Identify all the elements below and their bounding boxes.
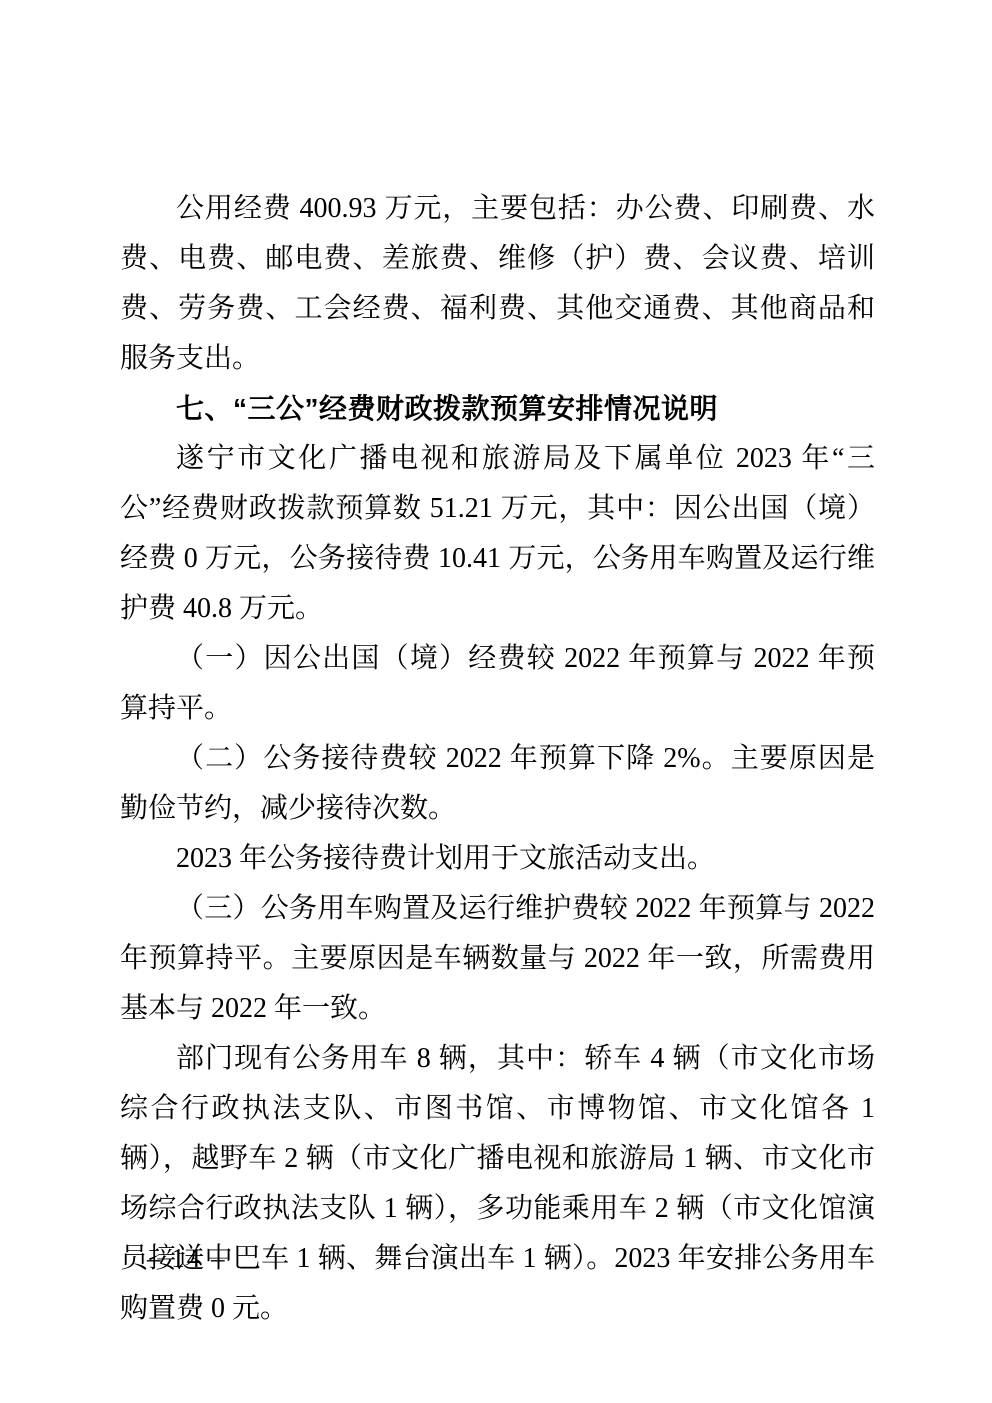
document-body: 公用经费 400.93 万元，主要包括：办公费、印刷费、水费、电费、邮电费、差旅…: [120, 184, 875, 1334]
paragraph-item-one-overseas-trips: （一）因公出国（境）经费较 2022 年预算与 2022 年预算持平。: [120, 634, 875, 734]
page-number: – 14 –: [147, 1242, 227, 1274]
paragraph-reception-fee-plan: 2023 年公务接待费计划用于文旅活动支出。: [120, 834, 875, 884]
paragraph-public-expenses: 公用经费 400.93 万元，主要包括：办公费、印刷费、水费、电费、邮电费、差旅…: [120, 184, 875, 384]
heading-section-seven-three-public-funds: 七、“三公”经费财政拨款预算安排情况说明: [120, 384, 875, 434]
paragraph-item-three-vehicle-fee: （三）公务用车购置及运行维护费较 2022 年预算与 2022 年预算持平。主要…: [120, 884, 875, 1034]
document-page: 公用经费 400.93 万元，主要包括：办公费、印刷费、水费、电费、邮电费、差旅…: [0, 0, 992, 1403]
paragraph-vehicle-inventory-details: 部门现有公务用车 8 辆，其中：轿车 4 辆（市文化市场综合行政执法支队、市图书…: [120, 1034, 875, 1334]
paragraph-item-two-reception-fee: （二）公务接待费较 2022 年预算下降 2%。主要原因是勤俭节约，减少接待次数…: [120, 734, 875, 834]
paragraph-three-public-budget-total: 遂宁市文化广播电视和旅游局及下属单位 2023 年“三公”经费财政拨款预算数 5…: [120, 434, 875, 634]
